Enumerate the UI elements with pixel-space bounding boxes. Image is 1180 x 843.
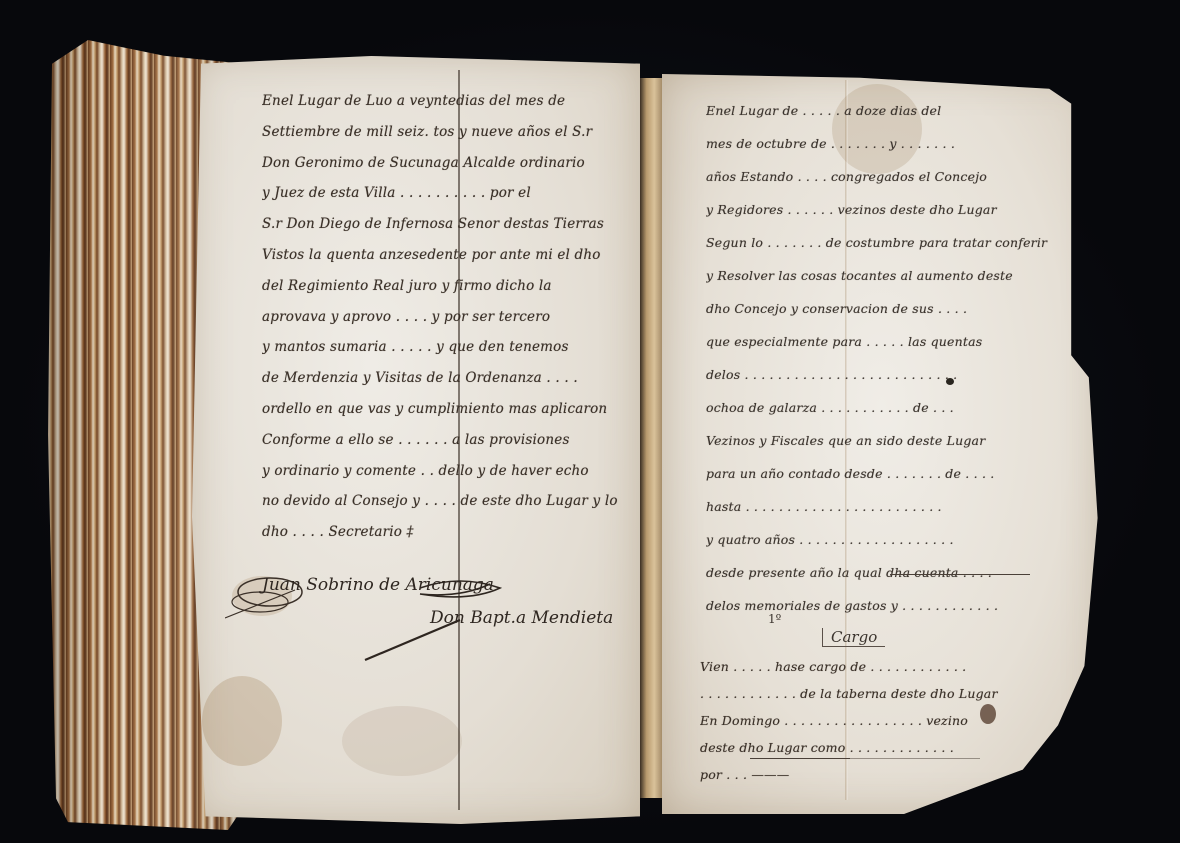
handwritten-line: y Resolver las cosas tocantes al aumento… — [706, 260, 1071, 293]
handwritten-line: y quatro años . . . . . . . . . . . . . … — [706, 524, 1071, 557]
handwritten-line: S.r Don Diego de Infernosa Senor destas … — [262, 209, 652, 240]
handwritten-line: años Estando . . . . congregados el Conc… — [706, 161, 1071, 194]
handwritten-line: del Regimiento Real juro y firmo dicho l… — [262, 271, 652, 302]
handwritten-line: delos . . . . . . . . . . . . . . . . . … — [706, 359, 1071, 392]
handwritten-line: Conforme a ello se . . . . . . a las pro… — [262, 425, 652, 456]
handwritten-line: y Juez de esta Villa . . . . . . . . . .… — [262, 178, 652, 209]
handwritten-line: y Regidores . . . . . . vezinos deste dh… — [706, 194, 1071, 227]
handwritten-line: delos memoriales de gastos y . . . . . .… — [706, 590, 1071, 623]
right-page-text: Enel Lugar de . . . . . a doze dias del … — [706, 95, 1071, 623]
handwritten-line: no devido al Consejo y . . . . de este d… — [262, 486, 652, 517]
signature: Juan Sobrino de Aricunaga — [262, 575, 494, 595]
handwritten-line: para un año contado desde . . . . . . . … — [706, 458, 1071, 491]
handwritten-line: y mantos sumaria . . . . . y que den ten… — [262, 332, 652, 363]
handwritten-line: y ordinario y comente . . dello y de hav… — [262, 456, 652, 487]
handwritten-line: hasta . . . . . . . . . . . . . . . . . … — [706, 491, 1071, 524]
handwritten-line: Vien . . . . . hase cargo de . . . . . .… — [700, 654, 1070, 681]
signature: Don Bapt.a Mendieta — [430, 608, 613, 628]
handwritten-line: Enel Lugar de Luo a veyntedias del mes d… — [262, 86, 652, 117]
ruled-line — [750, 758, 850, 759]
stain — [342, 706, 462, 776]
handwritten-line: aprovava y aprovo . . . . y por ser terc… — [262, 302, 652, 333]
handwritten-line: por . . . ——— — [700, 762, 1070, 789]
handwritten-line: mes de octubre de . . . . . . . y . . . … — [706, 128, 1071, 161]
handwritten-line: dho . . . . Secretario ‡ — [262, 517, 652, 548]
handwritten-line: Settiembre de mill seiz. tos y nueve año… — [262, 117, 652, 148]
handwritten-line: Enel Lugar de . . . . . a doze dias del — [706, 95, 1071, 128]
section-number: 1º — [768, 612, 781, 626]
handwritten-line: que especialmente para . . . . . las que… — [706, 326, 1071, 359]
handwritten-line: . . . . . . . . . . . . de la taberna de… — [700, 681, 1070, 708]
handwritten-line: Segun lo . . . . . . . de costumbre para… — [706, 227, 1071, 260]
handwritten-line: de Merdenzia y Visitas de la Ordenanza .… — [262, 363, 652, 394]
cargo-entry-text: Vien . . . . . hase cargo de . . . . . .… — [700, 654, 1070, 789]
ruled-line — [890, 574, 1030, 575]
handwritten-line: ochoa de galarza . . . . . . . . . . . d… — [706, 392, 1071, 425]
handwritten-line: Don Geronimo de Sucunaga Alcalde ordinar… — [262, 148, 652, 179]
handwritten-line: ordello en que vas y cumplimiento mas ap… — [262, 394, 652, 425]
left-page-text: Enel Lugar de Luo a veyntedias del mes d… — [262, 86, 652, 548]
cargo-heading: Cargo — [822, 628, 885, 647]
stain — [202, 676, 282, 766]
handwritten-line: Vezinos y Fiscales que an sido deste Lug… — [706, 425, 1071, 458]
handwritten-line: En Domingo . . . . . . . . . . . . . . .… — [700, 708, 1070, 735]
handwritten-line: Vistos la quenta anzesedente por ante mi… — [262, 240, 652, 271]
handwritten-line: dho Concejo y conservacion de sus . . . … — [706, 293, 1071, 326]
ruled-line — [850, 758, 980, 759]
